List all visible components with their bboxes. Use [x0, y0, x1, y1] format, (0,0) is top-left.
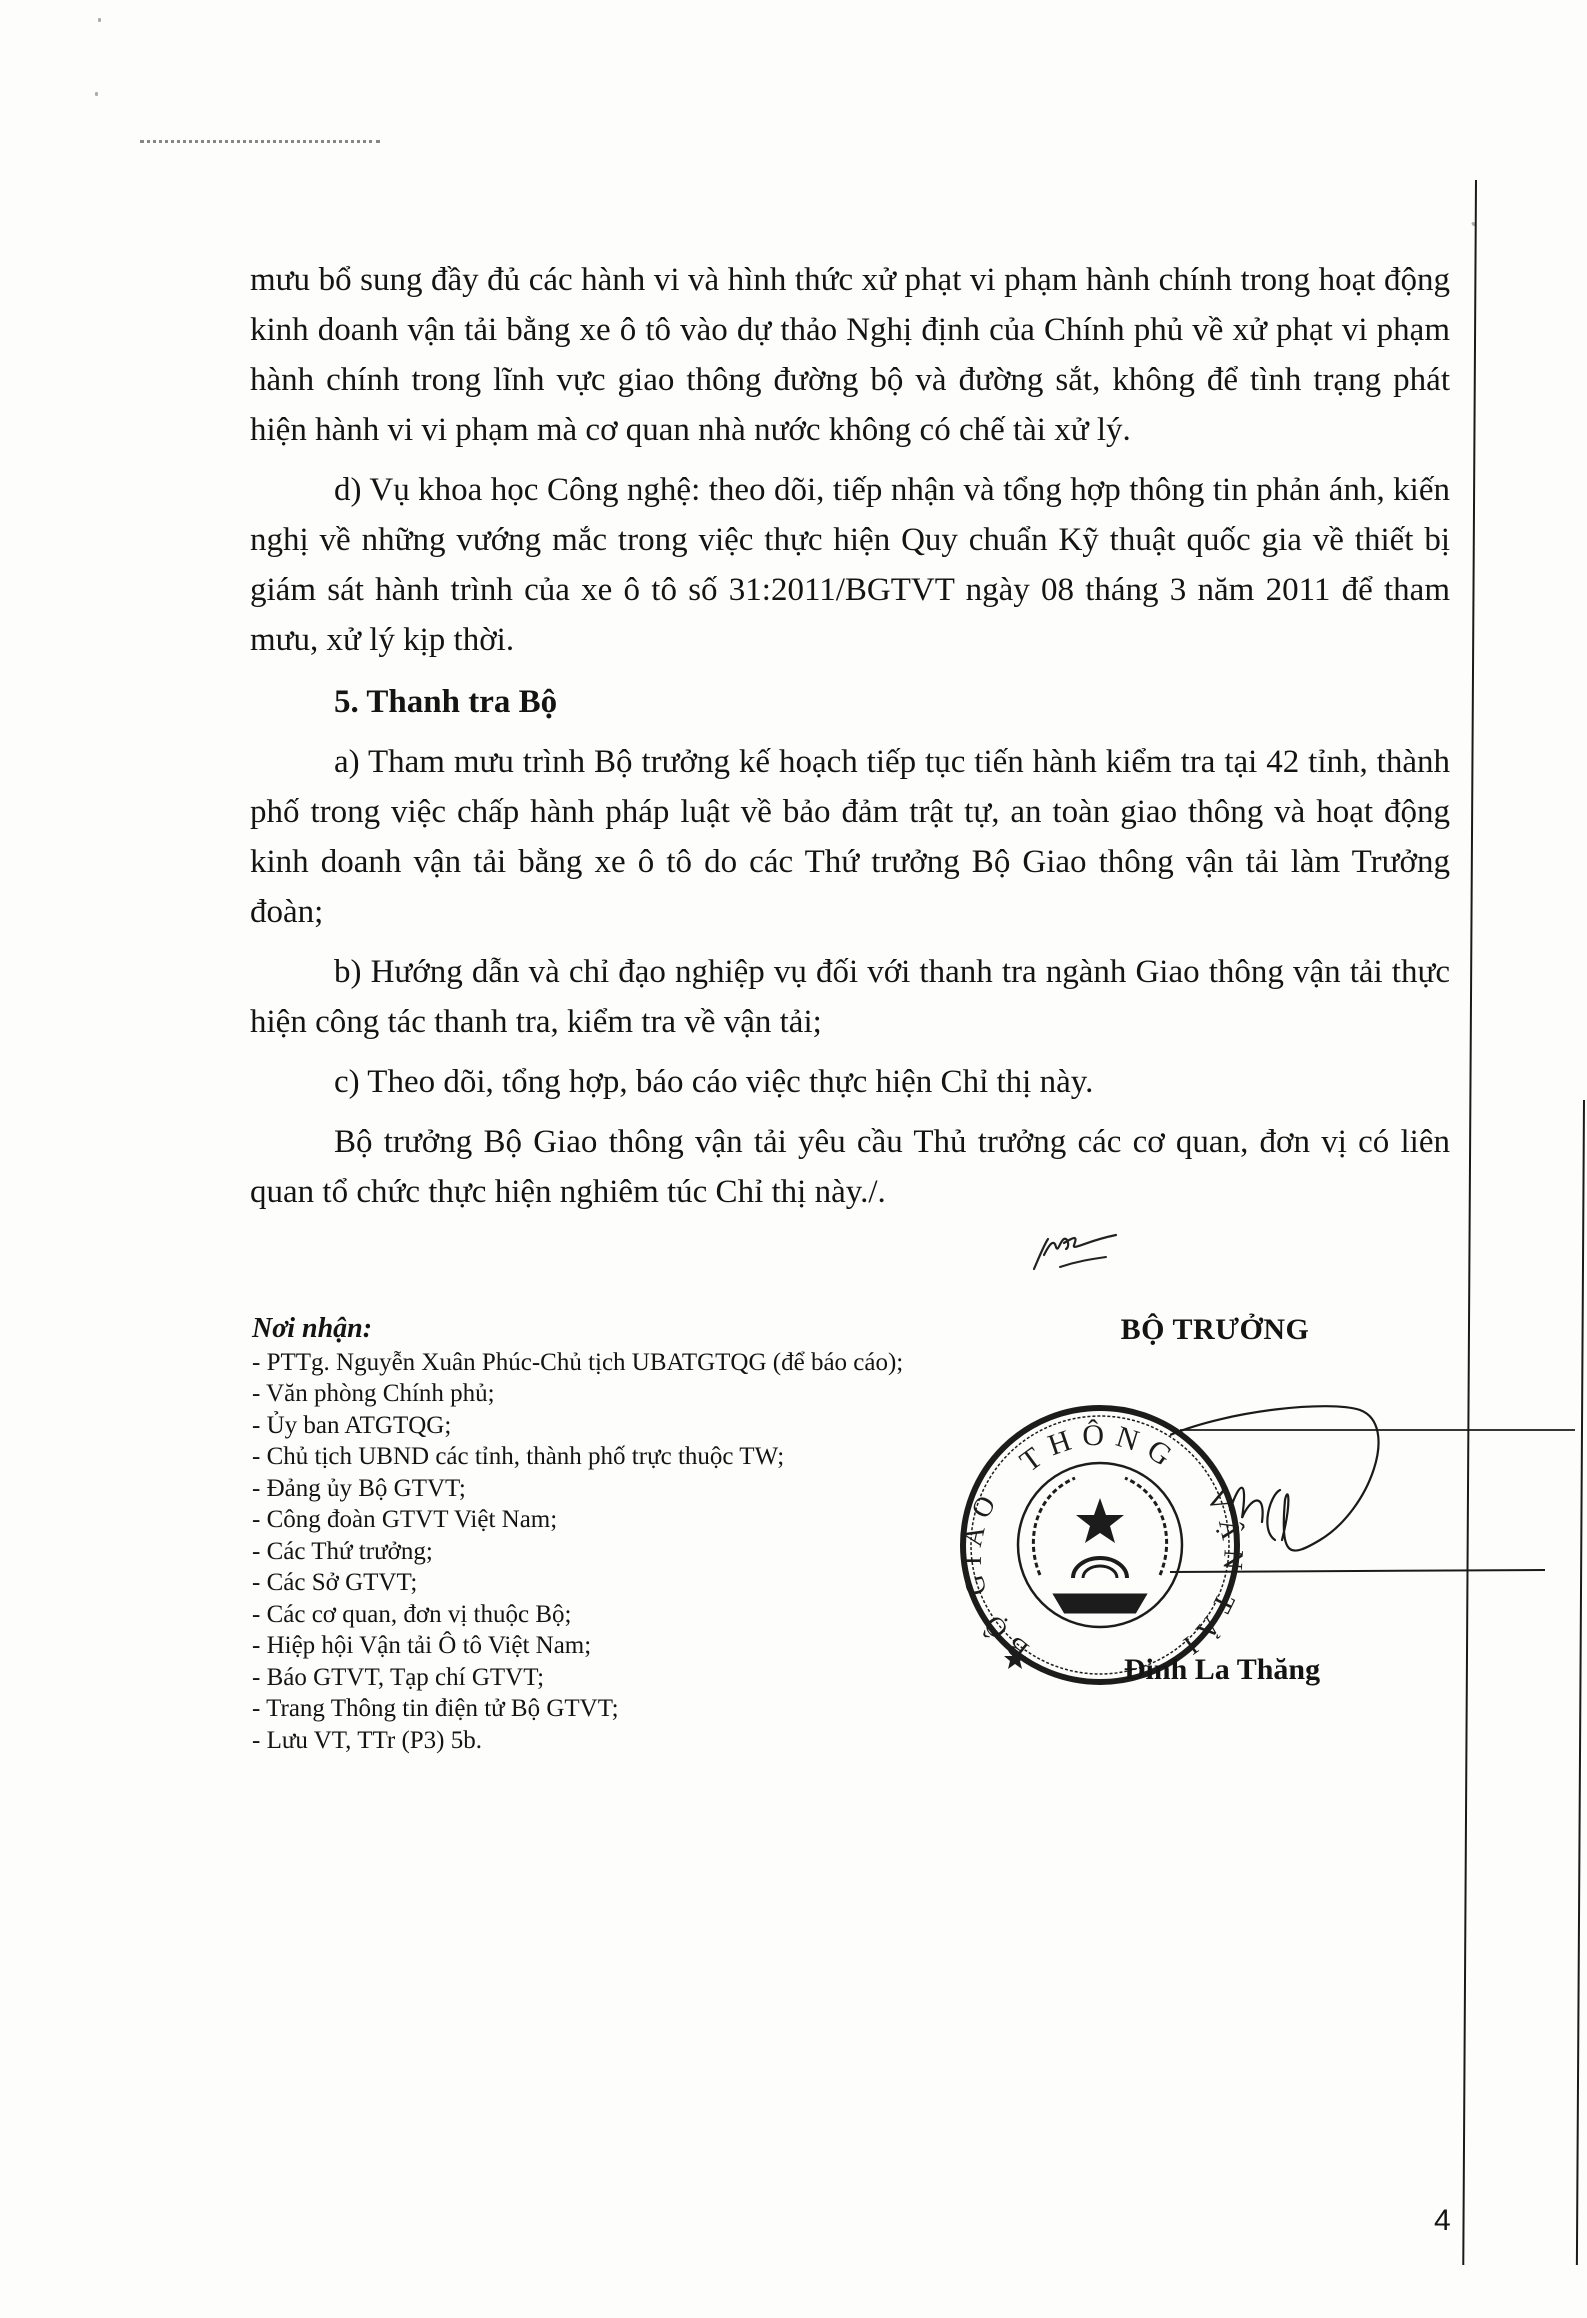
paragraph-item-b: b) Hướng dẫn và chỉ đạo nghiệp vụ đối vớ… [250, 947, 1450, 1047]
recipient-item: - Văn phòng Chính phủ; [252, 1378, 972, 1410]
recipient-item: - Lưu VT, TTr (P3) 5b. [252, 1725, 972, 1757]
recipient-item: - Đảng ủy Bộ GTVT; [252, 1473, 972, 1505]
paragraph-closing: Bộ trưởng Bộ Giao thông vận tải yêu cầu … [250, 1117, 1450, 1217]
paragraph-item-a: a) Tham mưu trình Bộ trưởng kế hoạch tiế… [250, 737, 1450, 937]
recipient-item: - Các Sở GTVT; [252, 1567, 972, 1599]
recipient-item: - PTTg. Nguyễn Xuân Phúc-Chủ tịch UBATGT… [252, 1347, 972, 1379]
recipient-item: - Công đoàn GTVT Việt Nam; [252, 1504, 972, 1536]
body-text: mưu bổ sung đầy đủ các hành vi và hình t… [250, 255, 1450, 1217]
margin-line-outer [1576, 1100, 1585, 2265]
recipient-item: - Trang Thông tin điện tử Bộ GTVT; [252, 1693, 972, 1725]
svg-text:THÔNG: THÔNG [1014, 1419, 1186, 1479]
recipients-title: Nơi nhận: [252, 1313, 972, 1345]
handwritten-initials [1030, 1225, 1120, 1275]
recipient-item: - Báo GTVT, Tạp chí GTVT; [252, 1662, 972, 1694]
margin-line-inner [1462, 180, 1477, 2265]
recipient-item: - Các cơ quan, đơn vị thuộc Bộ; [252, 1599, 972, 1631]
signer-title: BỘ TRƯỞNG [1095, 1313, 1335, 1347]
paragraph-continuation: mưu bổ sung đầy đủ các hành vi và hình t… [250, 255, 1450, 455]
recipient-item: - Chủ tịch UBND các tỉnh, thành phố trực… [252, 1441, 972, 1473]
paragraph-item-c: c) Theo dõi, tổng hợp, báo cáo việc thực… [250, 1057, 1450, 1107]
section-heading: 5. Thanh tra Bộ [334, 677, 1450, 727]
recipient-item: - Các Thứ trưởng; [252, 1536, 972, 1568]
recipient-item: - Ủy ban ATGTQG; [252, 1410, 972, 1442]
scan-artifact-dashes [140, 140, 380, 146]
scan-speck [98, 18, 101, 22]
signer-name: Đinh La Thăng [1092, 1653, 1352, 1687]
paragraph-item-d: d) Vụ khoa học Công nghệ: theo dõi, tiếp… [250, 465, 1450, 665]
recipients-list: Nơi nhận: - PTTg. Nguyễn Xuân Phúc-Chủ t… [252, 1313, 972, 1756]
handwritten-signature [1170, 1390, 1587, 1600]
page-number: 4 [1434, 2204, 1451, 2238]
recipient-items: - PTTg. Nguyễn Xuân Phúc-Chủ tịch UBATGT… [252, 1347, 972, 1757]
recipient-item: - Hiệp hội Vận tải Ô tô Việt Nam; [252, 1630, 972, 1662]
scan-speck [95, 92, 98, 96]
